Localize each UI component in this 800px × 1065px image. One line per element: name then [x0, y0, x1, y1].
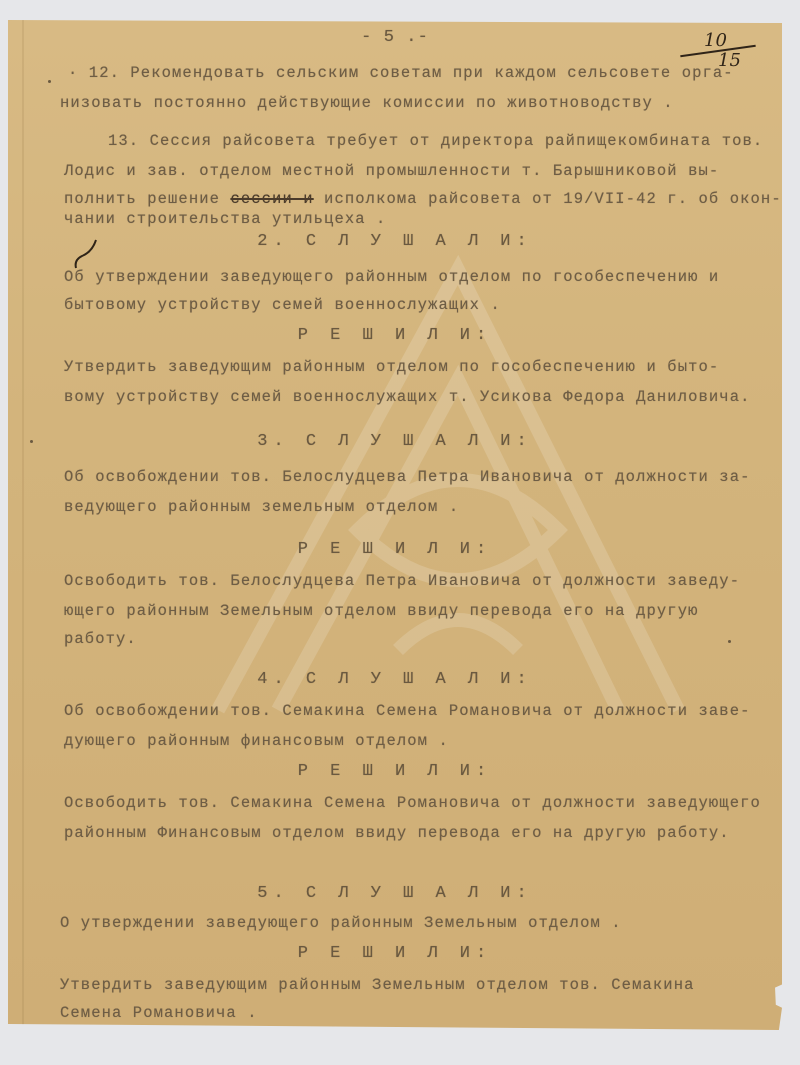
section-4-decided-heading: Р Е Ш И Л И:	[8, 762, 782, 781]
section-2-heard-line-2: бытовому устройству семей военнослужащих…	[64, 296, 800, 314]
section-4-decided-line-2: районным Финансовым отделом ввиду перево…	[64, 824, 800, 842]
section-2-heard-line-1: Об утверждении заведующего районным отде…	[64, 268, 800, 286]
section-5-decided-line-2: Семена Романовича .	[60, 1004, 800, 1022]
section-2-heard-heading: 2. С Л У Ш А Л И:	[8, 232, 782, 251]
section-4-decided-line-1: Освободить тов. Семакина Семена Романови…	[64, 794, 800, 812]
section-3-decided-line-2: ющего районным Земельным отделом ввиду п…	[64, 602, 800, 620]
section-2-decided-line-2: вому устройству семей военнослужащих т. …	[64, 388, 800, 406]
section-3-heard-heading: 3. С Л У Ш А Л И:	[8, 432, 782, 451]
item-13-line-3-b: исполкома райсовета от 19/VII-42 г. об о…	[314, 190, 782, 208]
struck-text: сессии и	[230, 190, 313, 208]
section-2-decided-line-1: Утвердить заведующим районным отделом по…	[64, 358, 800, 376]
section-5-decided-heading: Р Е Ш И Л И:	[8, 944, 782, 963]
section-2-decided-heading: Р Е Ш И Л И:	[8, 326, 782, 345]
section-5-heard-line-1: О утверждении заведующего районным Земел…	[60, 914, 800, 932]
speck	[48, 80, 51, 83]
speck	[728, 640, 731, 643]
item-13-line-2: Лодис и зав. отделом местной промышленно…	[64, 162, 800, 180]
item-12-line-1: · 12. Рекомендовать сельским советам при…	[68, 64, 800, 82]
section-5-decided-line-1: Утвердить заведующим районным Земельным …	[60, 976, 800, 994]
document-page: 10 15 - 5 .- · 12. Рекомендовать сельски…	[8, 20, 782, 1030]
section-4-heard-heading: 4. С Л У Ш А Л И:	[8, 670, 782, 689]
section-5-heard-heading: 5. С Л У Ш А Л И:	[8, 884, 782, 903]
item-13-line-3: полнить решение сессии и исполкома райсо…	[64, 190, 800, 208]
item-13-line-3-a: полнить решение	[64, 190, 230, 208]
item-13-line-4: чании строительства утильцеха .	[64, 210, 800, 228]
item-12-line-2: низовать постоянно действующие комиссии …	[60, 94, 800, 112]
section-3-decided-heading: Р Е Ш И Л И:	[8, 540, 782, 559]
section-3-heard-line-2: ведующего районным земельным отделом .	[64, 498, 800, 516]
item-13-line-1: 13. Сессия райсовета требует от директор…	[108, 132, 800, 150]
section-4-heard-line-2: дующего районным финансовым отделом .	[64, 732, 800, 750]
section-3-heard-line-1: Об освобождении тов. Белослудцева Петра …	[64, 468, 800, 486]
section-3-decided-line-1: Освободить тов. Белослудцева Петра Ивано…	[64, 572, 800, 590]
speck	[30, 440, 33, 443]
section-4-heard-line-1: Об освобождении тов. Семакина Семена Ром…	[64, 702, 800, 720]
section-3-decided-line-3: работу.	[64, 630, 800, 648]
page-number: - 5 .-	[8, 28, 782, 47]
